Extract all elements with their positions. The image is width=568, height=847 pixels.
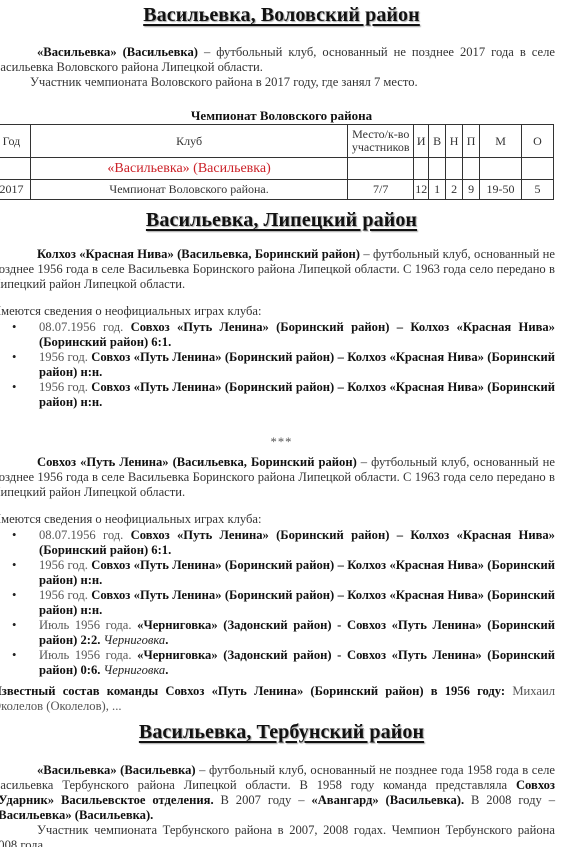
roster-label: Известный состав команды Совхоз «Путь Ле…: [0, 684, 505, 698]
table-row: 2017 Чемпионат Воловского района. 7/7 12…: [0, 180, 554, 200]
cell-wins: 1: [429, 180, 446, 200]
list-item: 1956 год. Совхоз «Путь Ленина» (Борински…: [0, 588, 555, 618]
col-header-wins: В: [429, 125, 446, 158]
list-item: Июль 1956 года. «Черниговка» (Задонский …: [0, 648, 555, 678]
col-header-losses: П: [463, 125, 480, 158]
col-header-place: Место/к-во участников: [348, 125, 414, 158]
separator: ***: [0, 435, 563, 450]
col-header-points: О: [522, 125, 554, 158]
club-name: «Васильевка» (Васильевка): [37, 45, 198, 59]
table-club-row: «Васильевка» (Васильевка): [0, 158, 554, 180]
roster-paragraph: Известный состав команды Совхоз «Путь Ле…: [0, 684, 555, 714]
list-item: 08.07.1956 год. Совхоз «Путь Ленина» (Бо…: [0, 320, 555, 350]
cell-draws: 2: [446, 180, 463, 200]
cell-points: 5: [522, 180, 554, 200]
club-name: Колхоз «Красная Нива» (Васильевка, Борин…: [37, 247, 360, 261]
club-description-volovsky: «Васильевка» (Васильевка) – футбольный к…: [0, 45, 555, 90]
games-intro: Имеются сведения о неофициальных играх к…: [0, 512, 261, 527]
games-list-put-lenina: 08.07.1956 год. Совхоз «Путь Ленина» (Бо…: [0, 528, 555, 678]
club-description-krasnaya-niva: Колхоз «Красная Нива» (Васильевка, Борин…: [0, 247, 555, 292]
cell-goals: 19-50: [480, 180, 522, 200]
list-item: Июль 1956 года. «Черниговка» (Задонский …: [0, 618, 555, 648]
section-title-lipetsky: Васильевка, Липецкий район: [0, 213, 563, 228]
list-item: 1956 год. Совхоз «Путь Ленина» (Борински…: [0, 350, 555, 380]
section-title-volovsky: Васильевка, Воловский район: [0, 8, 563, 23]
list-item: 1956 год. Совхоз «Путь Ленина» (Борински…: [0, 380, 555, 410]
cell-losses: 9: [463, 180, 480, 200]
cell-games: 12: [414, 180, 429, 200]
cell-place: 7/7: [348, 180, 414, 200]
table-caption: Чемпионат Воловского района: [0, 108, 563, 123]
table-header-row: Год Клуб Место/к-во участников И В Н П М…: [0, 125, 554, 158]
section-title-terbunsky: Васильевка, Тербунский район: [0, 725, 563, 740]
col-header-club: Клуб: [30, 125, 347, 158]
club-description-terbunsky: «Васильевка» (Васильевка) – футбольный к…: [0, 763, 555, 847]
games-intro: Имеются сведения о неофициальных играх к…: [0, 304, 261, 319]
cell-club-name: «Васильевка» (Васильевка): [30, 158, 347, 180]
club-description-put-lenina: Совхоз «Путь Ленина» (Васильевка, Боринс…: [0, 455, 555, 500]
col-header-goals: М: [480, 125, 522, 158]
col-header-games: И: [414, 125, 429, 158]
col-header-draws: Н: [446, 125, 463, 158]
participation-text: Участник чемпионата Тербунского района в…: [0, 823, 555, 847]
club-name: «Васильевка» (Васильевка): [37, 763, 196, 777]
club-name: Совхоз «Путь Ленина» (Васильевка, Боринс…: [37, 455, 357, 469]
col-header-year: Год: [0, 125, 30, 158]
cell-empty: [0, 158, 30, 180]
list-item: 08.07.1956 год. Совхоз «Путь Ленина» (Бо…: [0, 528, 555, 558]
cell-year: 2017: [0, 180, 30, 200]
cell-tournament: Чемпионат Воловского района.: [30, 180, 347, 200]
games-list-krasnaya-niva: 08.07.1956 год. Совхоз «Путь Ленина» (Бо…: [0, 320, 555, 410]
list-item: 1956 год. Совхоз «Путь Ленина» (Борински…: [0, 558, 555, 588]
championship-table: Год Клуб Место/к-во участников И В Н П М…: [0, 124, 554, 200]
participation-text: Участник чемпионата Воловского района в …: [0, 75, 555, 90]
